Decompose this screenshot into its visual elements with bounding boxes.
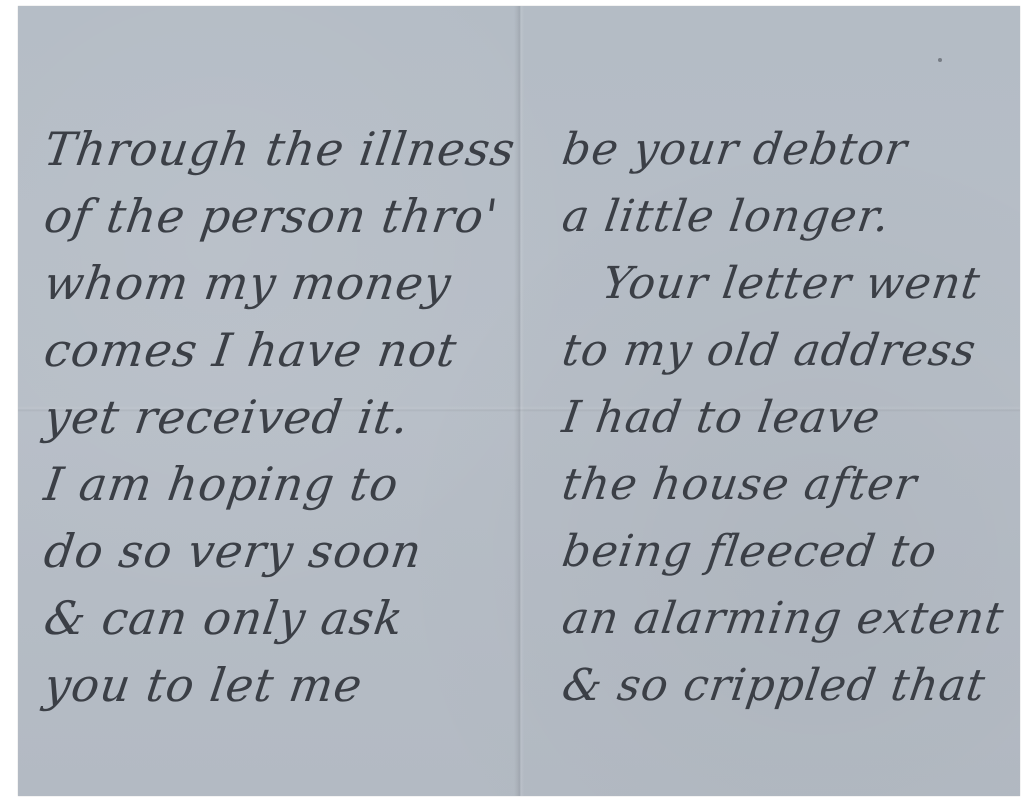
handwritten-line: whom my money bbox=[40, 250, 519, 317]
paper-speck bbox=[938, 58, 942, 62]
handwritten-line: be your debtor bbox=[558, 116, 1024, 183]
right-page-text: be your debtor a little longer. Your let… bbox=[558, 116, 1018, 719]
handwritten-line: Your letter went bbox=[558, 250, 1024, 317]
handwritten-line: you to let me bbox=[40, 652, 519, 719]
handwritten-line: comes I have not bbox=[40, 317, 519, 384]
paper-sheet: Through the illness of the person thro' … bbox=[18, 6, 1020, 796]
letter-scan: Through the illness of the person thro' … bbox=[0, 0, 1024, 806]
handwritten-line: I am hoping to bbox=[40, 451, 519, 518]
handwritten-line: of the person thro' bbox=[40, 183, 519, 250]
handwritten-line: being fleeced to bbox=[558, 518, 1024, 585]
handwritten-line: the house after bbox=[558, 451, 1024, 518]
handwritten-line: to my old address bbox=[558, 317, 1024, 384]
handwritten-line: yet received it. bbox=[40, 384, 519, 451]
handwritten-line: do so very soon bbox=[40, 518, 519, 585]
handwritten-line: & so crippled that bbox=[558, 652, 1024, 719]
left-page-text: Through the illness of the person thro' … bbox=[40, 116, 510, 719]
handwritten-line: Through the illness bbox=[40, 116, 519, 183]
handwritten-line: an alarming extent bbox=[558, 585, 1024, 652]
handwritten-line: a little longer. bbox=[558, 183, 1024, 250]
handwritten-line: & can only ask bbox=[40, 585, 519, 652]
handwritten-line: I had to leave bbox=[558, 384, 1024, 451]
